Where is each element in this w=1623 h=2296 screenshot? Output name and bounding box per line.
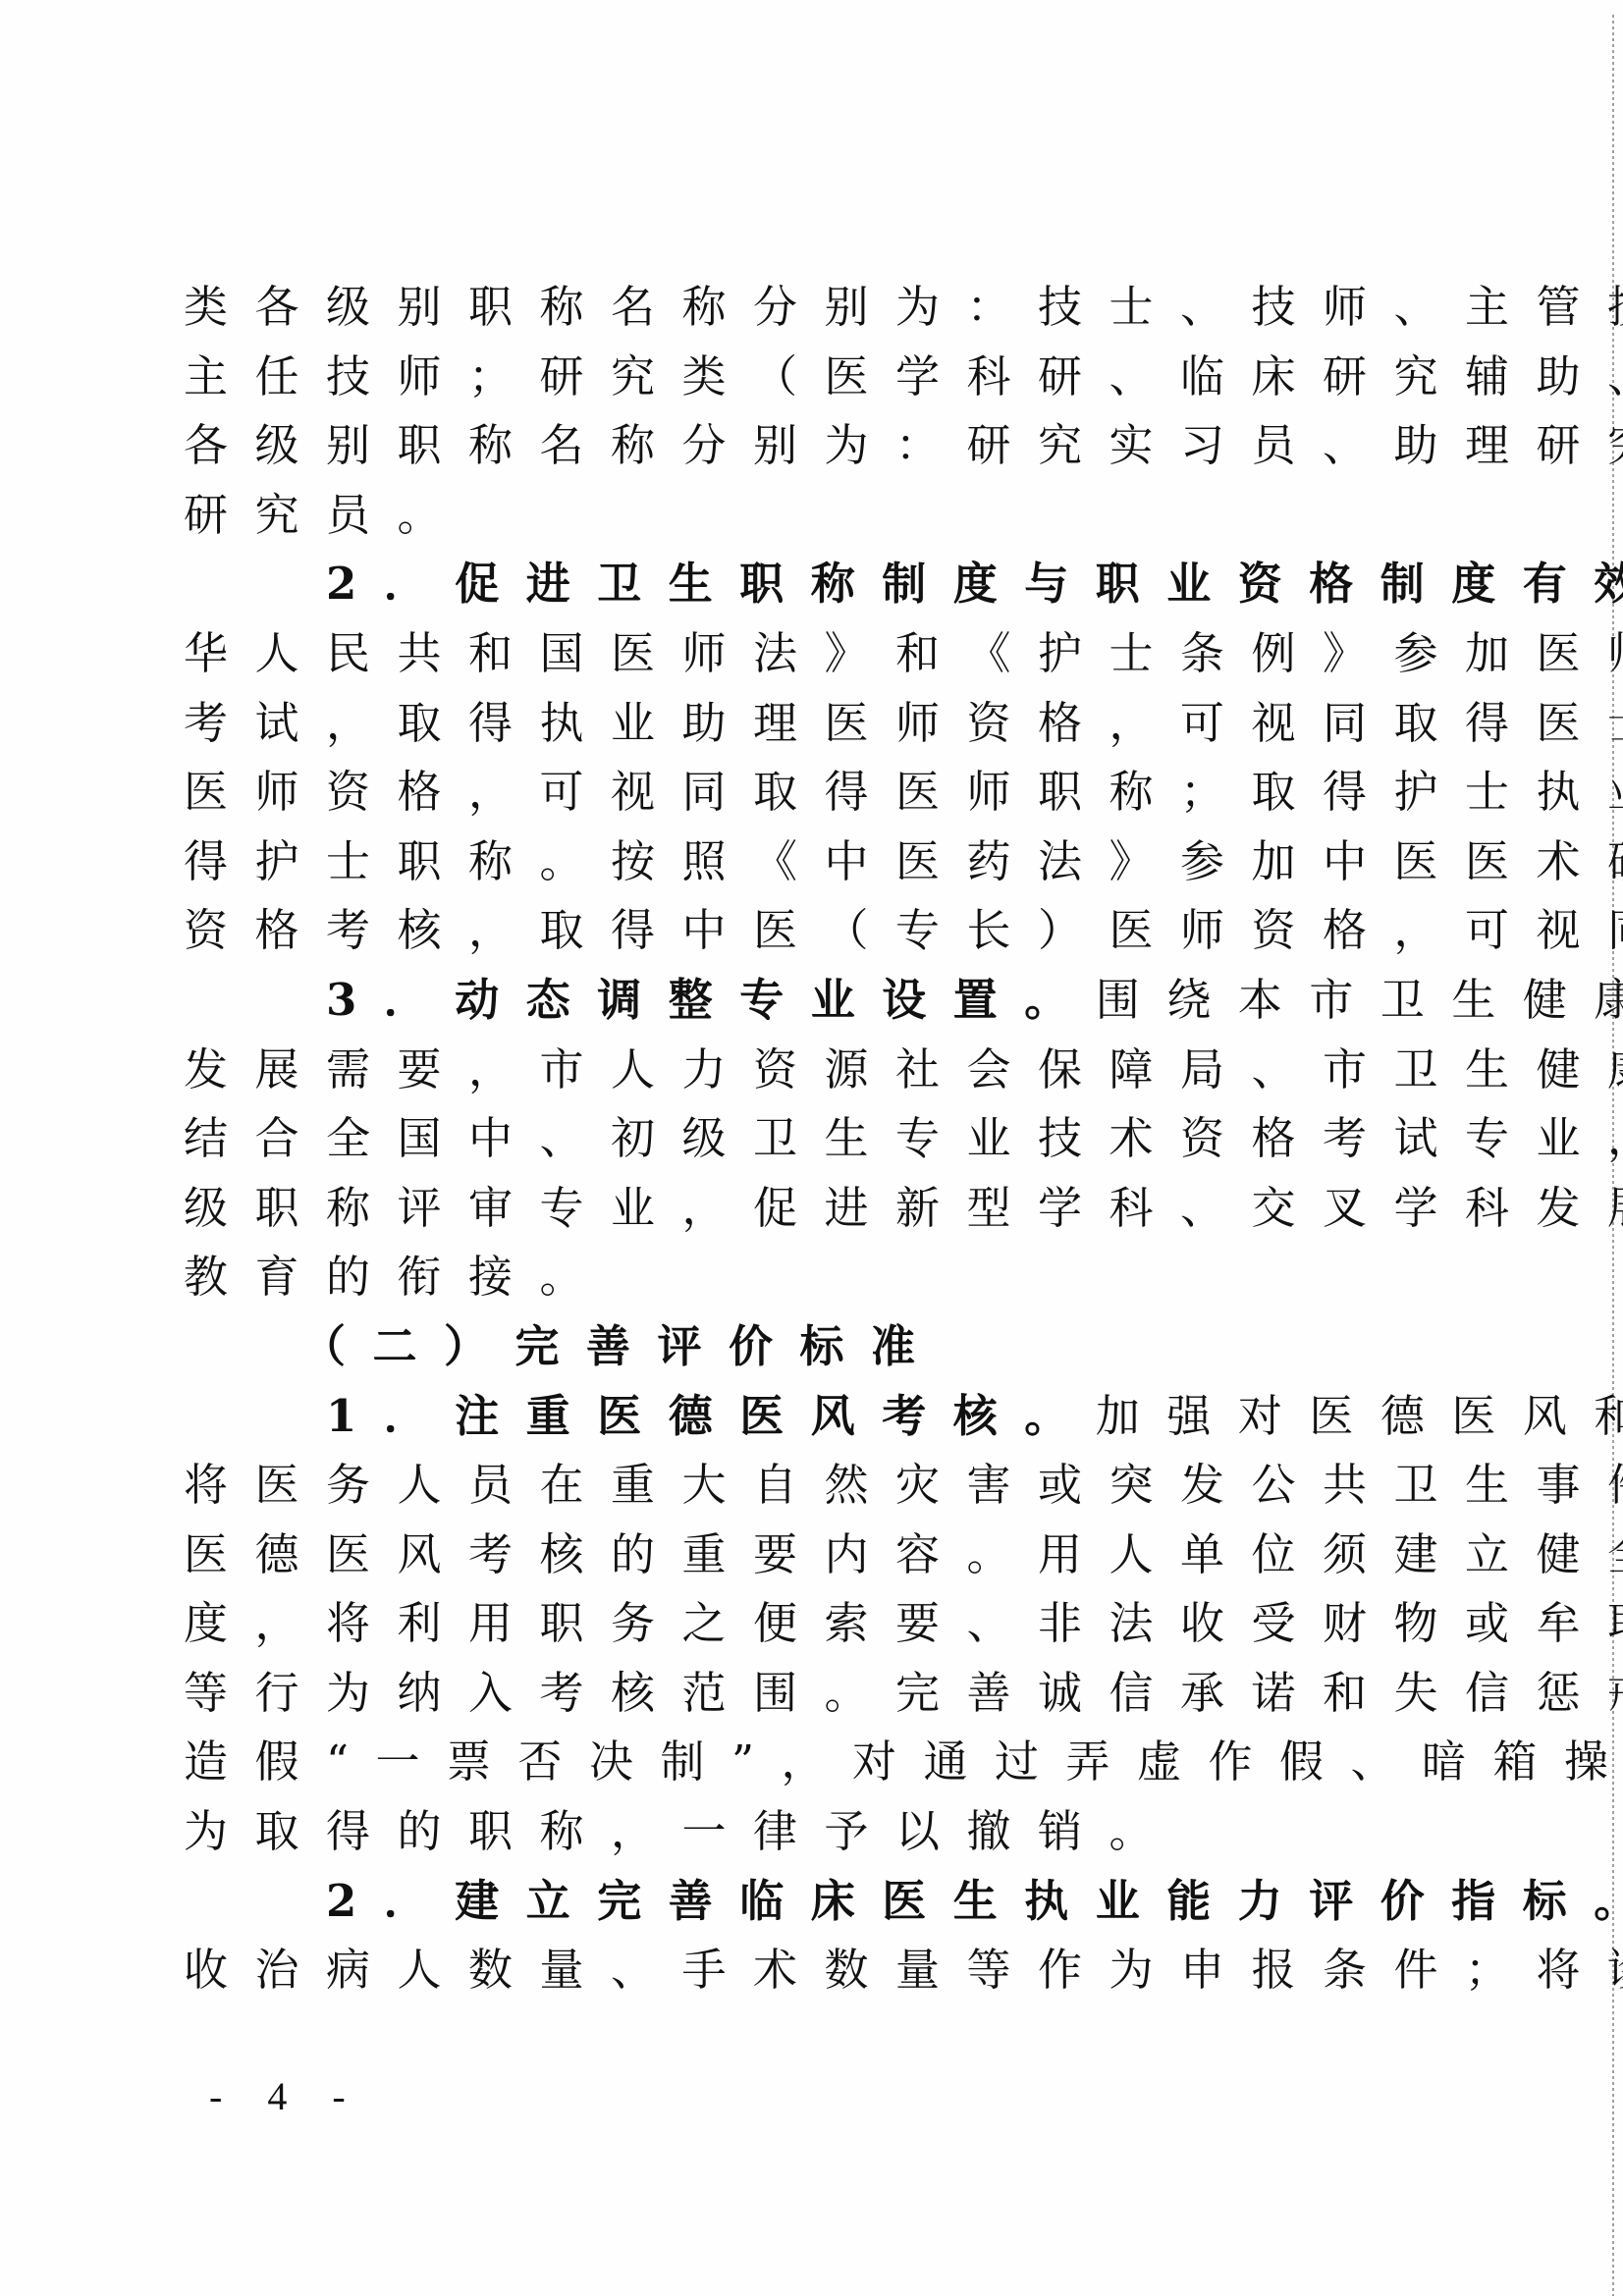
paragraph-start-line: 2．建立完善临床医生执业能力评价指标。将门诊工作时间、 — [184, 1867, 1401, 1937]
text-line: 得护士职称。按照《中医药法》参加中医医术确有专长人员医师 — [184, 828, 1401, 897]
text-line: 医德医风考核的重要内容。用人单位须建立健全医德医风考核制 — [184, 1521, 1401, 1590]
text-line: 医师资格，可视同取得医师职称；取得护士执业资格，可视同取 — [184, 758, 1401, 828]
text-line: 主任技师；研究类（医学科研、临床研究辅助、卫生事业研究） — [184, 343, 1401, 412]
text-line: 发展需要，市人力资源社会保障局、市卫生健康委根据实际情况， — [184, 1036, 1401, 1105]
paragraph-start-line: 1．注重医德医风考核。加强对医德医风和从业行为的评价， — [184, 1382, 1401, 1452]
text-line: 等行为纳入考核范围。完善诚信承诺和失信惩戒机制，实行学术 — [184, 1659, 1401, 1729]
text-line: 造假“一票否决制”，对通过弄虚作假、暗箱操作等违纪违规行 — [184, 1728, 1401, 1797]
paragraph-start-line: 2．促进卫生职称制度与职业资格制度有效衔接。按照《中 — [184, 550, 1401, 619]
paragraph-text: 围绕本市卫生健康事业和医学学科 — [1096, 974, 1623, 1026]
text-line: 资格考核，取得中医（专长）医师资格，可视同取得医师职称。 — [184, 896, 1401, 966]
text-line: 教育的衔接。 — [184, 1243, 1401, 1312]
text-line: 收治病人数量、手术数量等作为申报条件；将诊疗疾病覆盖范围、 — [184, 1936, 1401, 2005]
paragraph-text: 加强对医德医风和从业行为的评价， — [1096, 1390, 1623, 1442]
text-line: 为取得的职称，一律予以撤销。 — [184, 1797, 1401, 1867]
paragraph-lead-bold: 3．动态调整专业设置。 — [326, 974, 1096, 1026]
section-heading: （二）完善评价标准 — [184, 1312, 1401, 1382]
text-line: 级职称评审专业，促进新型学科、交叉学科发展，并做好与医学 — [184, 1174, 1401, 1244]
paragraph-lead-bold: 2．建立完善临床医生执业能力评价指标。 — [326, 1875, 1623, 1927]
text-line: 研究员。 — [184, 481, 1401, 551]
text-line: 类各级别职称名称分别为：技士、技师、主管技师、副主任技师、 — [184, 273, 1401, 343]
text-line: 度，将利用职务之便索要、非法收受财物或牟取其他不正当利益 — [184, 1589, 1401, 1659]
text-line: 考试，取得执业助理医师资格，可视同取得医士职称；取得执业 — [184, 689, 1401, 759]
page-number: - 4 - — [209, 2073, 363, 2119]
document-page: 类各级别职称名称分别为：技士、技师、主管技师、副主任技师、 主任技师；研究类（医… — [0, 0, 1623, 2296]
paragraph-start-line: 3．动态调整专业设置。围绕本市卫生健康事业和医学学科 — [184, 966, 1401, 1036]
paragraph-lead-bold: 2．促进卫生职称制度与职业资格制度有效衔接。 — [326, 558, 1623, 610]
text-line: 华人民共和国医师法》和《护士条例》参加医师、护士执业资格 — [184, 619, 1401, 689]
body-text: 类各级别职称名称分别为：技士、技师、主管技师、副主任技师、 主任技师；研究类（医… — [184, 273, 1401, 2005]
paragraph-lead-bold: 1．注重医德医风考核。 — [326, 1390, 1096, 1442]
text-line: 将医务人员在重大自然灾害或突发公共卫生事件中的表现作为 — [184, 1451, 1401, 1521]
text-line: 各级别职称名称分别为：研究实习员、助理研究员、副研究员、 — [184, 411, 1401, 481]
text-line: 结合全国中、初级卫生专业技术资格考试专业，动态调整卫生高 — [184, 1104, 1401, 1174]
